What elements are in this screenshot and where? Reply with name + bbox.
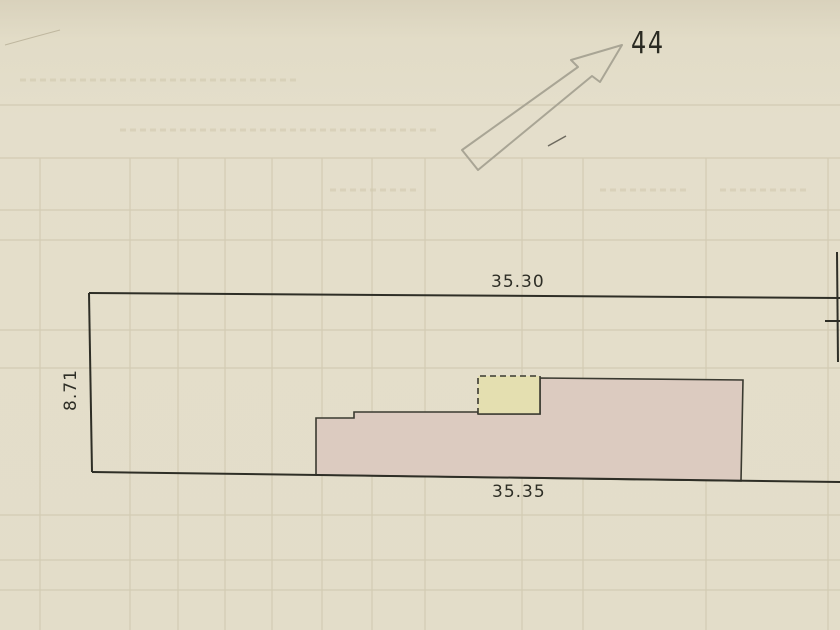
north-label: 44 <box>631 26 665 61</box>
dimension-bottom: 35.35 <box>492 482 546 502</box>
dimension-left: 8.71 <box>61 365 81 415</box>
plot-drawing <box>0 0 840 630</box>
neighbor-boundary <box>837 252 838 362</box>
dimension-top: 35.30 <box>491 272 545 292</box>
annex <box>478 376 540 414</box>
plot-left-boundary <box>89 293 92 472</box>
plot-top-boundary <box>89 293 840 298</box>
north-arrow-icon <box>462 45 622 170</box>
